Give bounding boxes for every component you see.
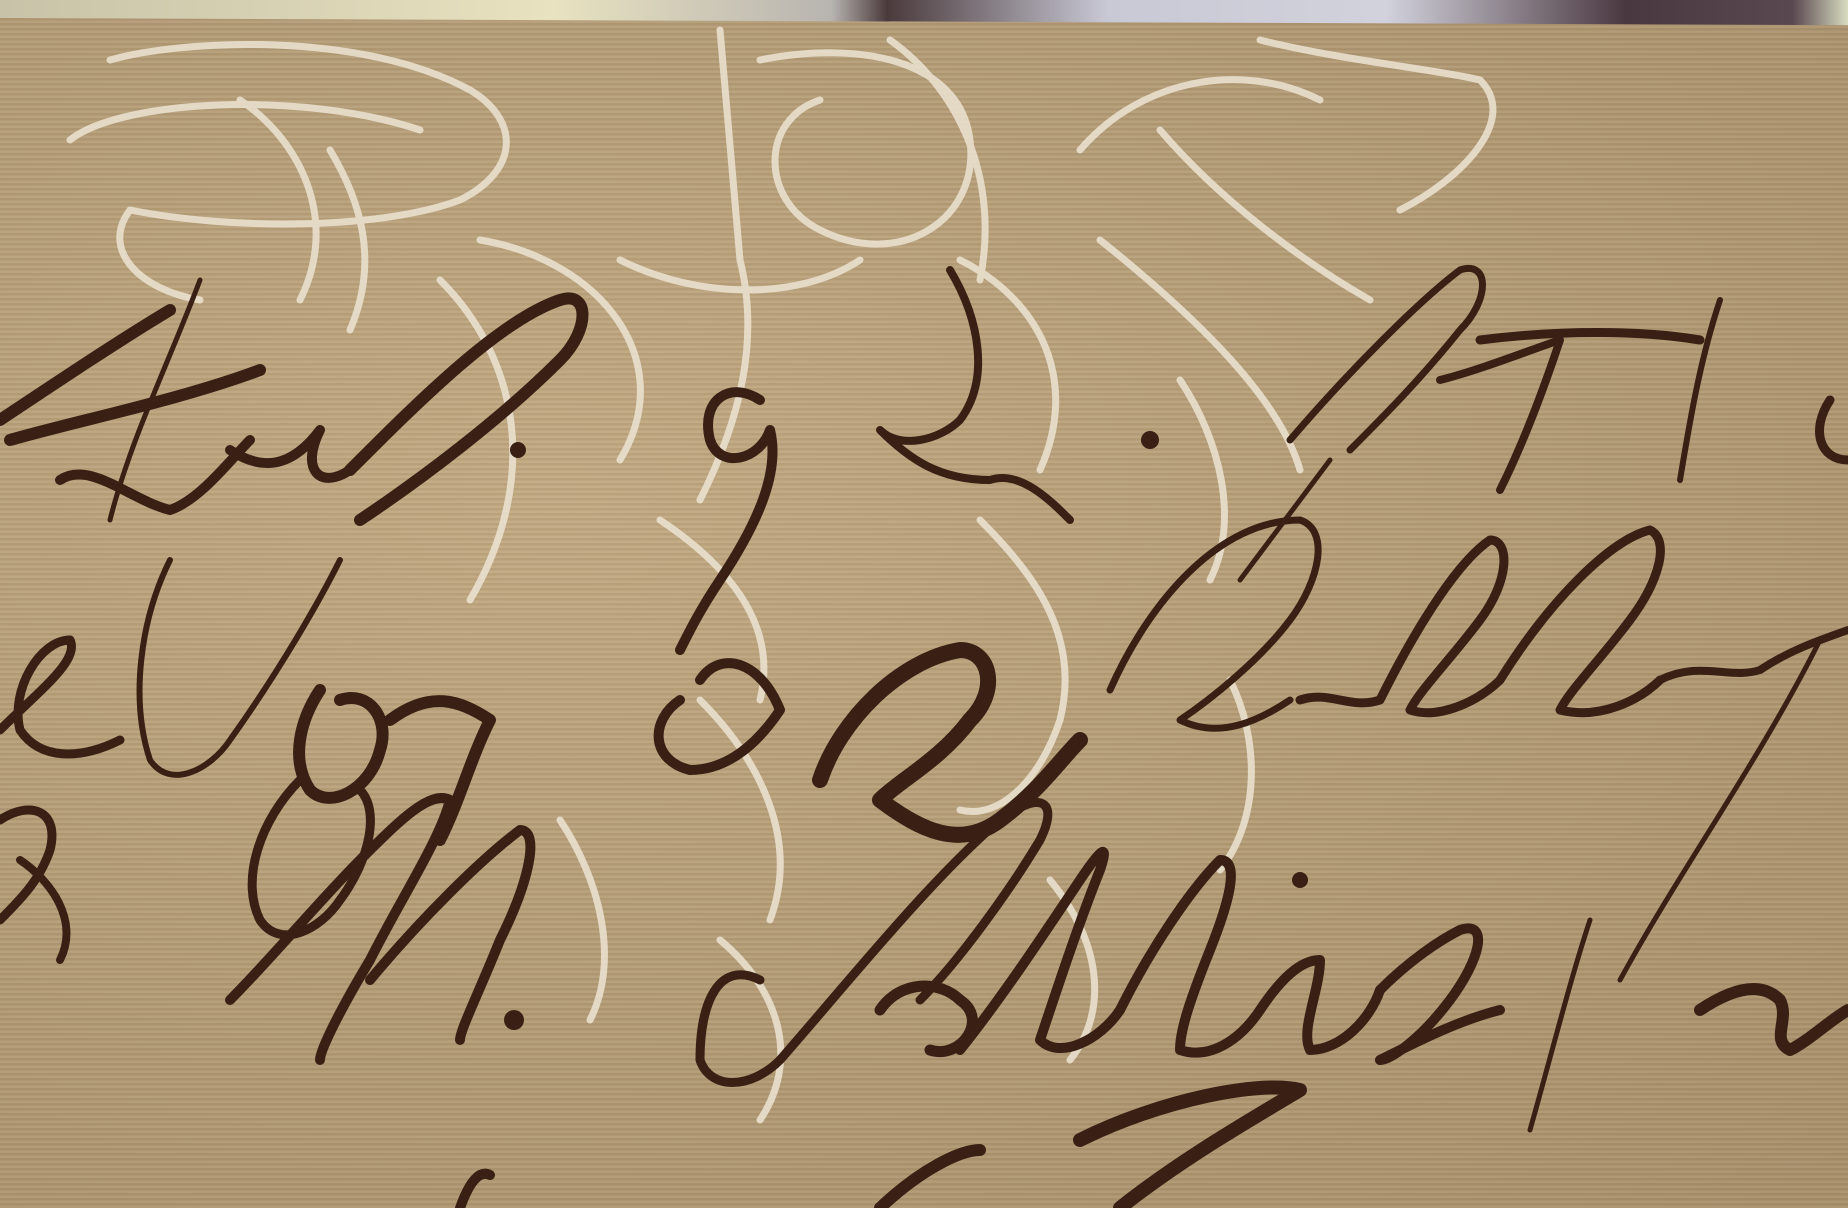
handwriting <box>0 0 1848 1208</box>
